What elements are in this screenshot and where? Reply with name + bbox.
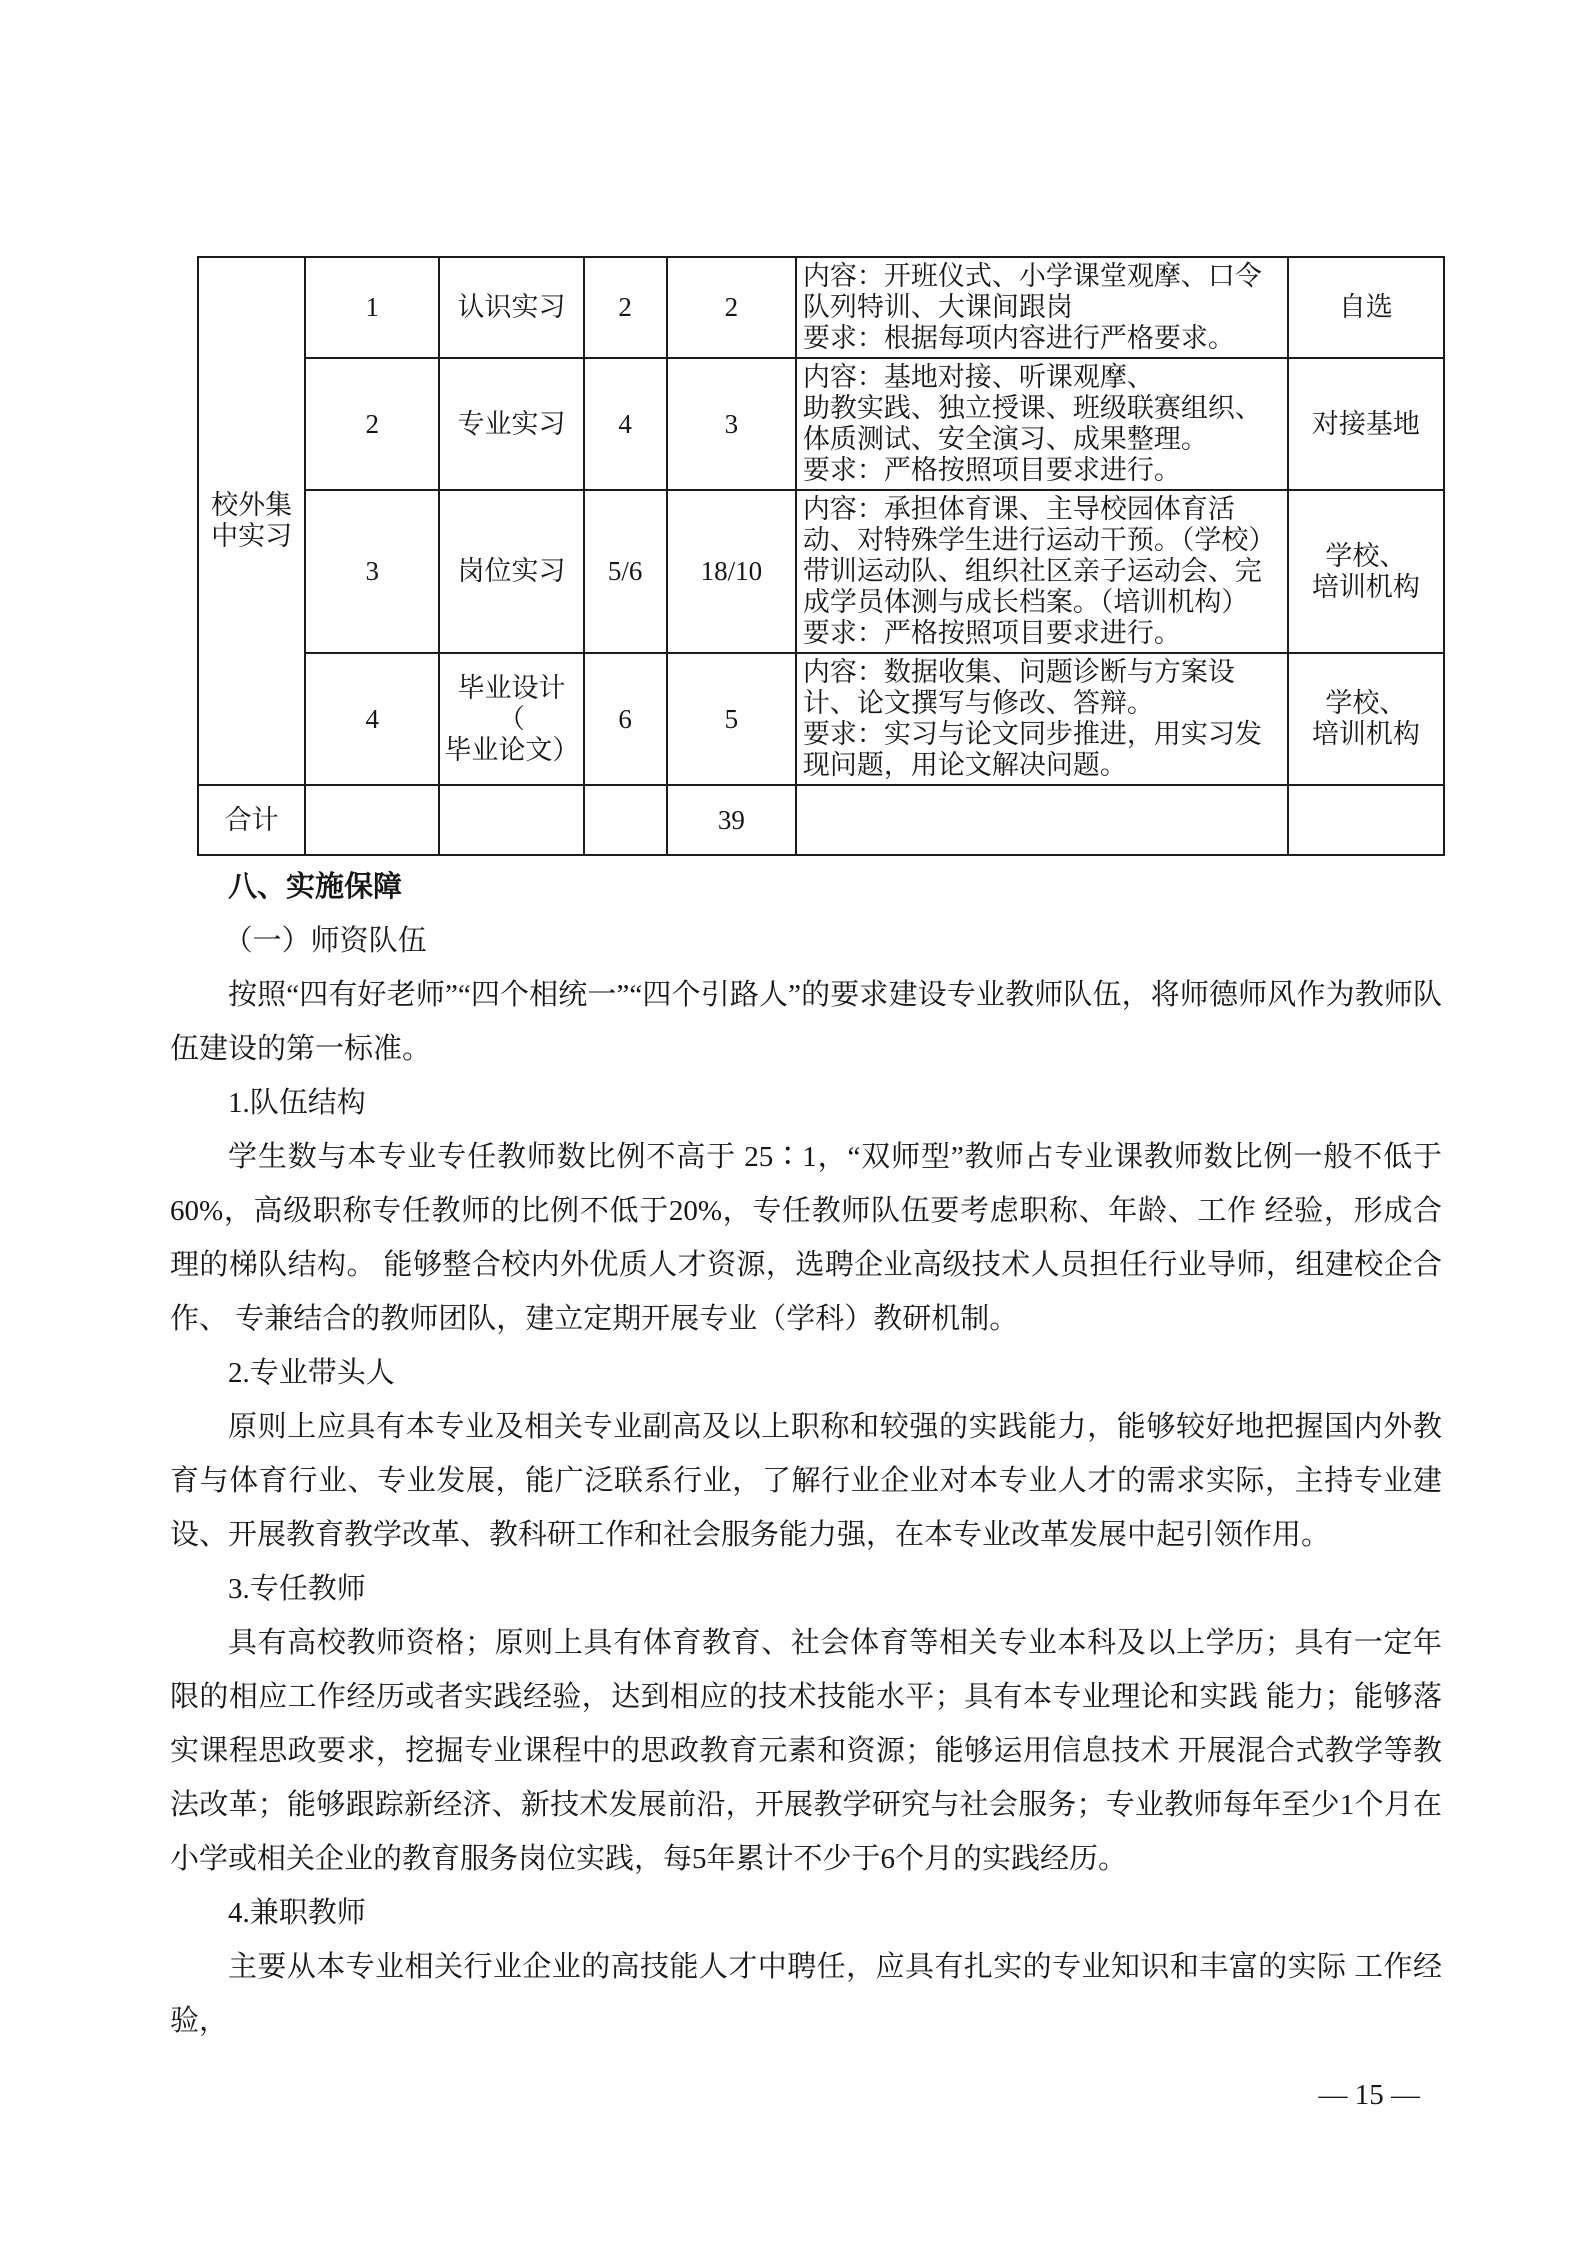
semester-cell: 6 xyxy=(584,653,667,785)
empty-cell xyxy=(439,785,583,855)
paragraph-parttime-teachers: 主要从本专业相关行业企业的高技能人才中聘任，应具有扎实的专业知识和丰富的实际 工… xyxy=(170,1940,1442,2048)
empty-cell xyxy=(584,785,667,855)
table-row: 校外集中实习 1 认识实习 2 2 内容：开班仪式、小学课堂观摩、口令队列特训、… xyxy=(198,257,1444,358)
content-requirements-cell: 内容：基地对接、听课观摩、 助教实践、独立授课、班级联赛组织、体质测试、安全演习… xyxy=(796,358,1288,490)
table-row: 4 毕业设计（ 毕业论文） 6 5 内容：数据收集、问题诊断与方案设计、论文撰写… xyxy=(198,653,1444,785)
total-label-cell: 合计 xyxy=(198,785,305,855)
weeks-cell: 5 xyxy=(667,653,796,785)
location-cell: 学校、 培训机构 xyxy=(1288,653,1444,785)
semester-cell: 4 xyxy=(584,358,667,490)
paragraph-fulltime-teachers: 具有高校教师资格；原则上具有体育教育、社会体育等相关专业本科及以上学历；具有一定… xyxy=(170,1616,1442,1886)
course-name-cell: 岗位实习 xyxy=(439,490,583,653)
content-requirements-cell: 内容：承担体育课、主导校园体育活动、对特殊学生进行运动干预。（学校） 带训运动队… xyxy=(796,490,1288,653)
course-name-cell: 毕业设计（ 毕业论文） xyxy=(439,653,583,785)
row-number-cell: 1 xyxy=(305,257,439,358)
row-number-cell: 4 xyxy=(305,653,439,785)
group-label-cell: 校外集中实习 xyxy=(198,257,305,785)
course-name-cell: 专业实习 xyxy=(439,358,583,490)
location-cell: 自选 xyxy=(1288,257,1444,358)
row-number-cell: 3 xyxy=(305,490,439,653)
location-cell: 学校、 培训机构 xyxy=(1288,490,1444,653)
heading-fulltime-teachers: 3.专任教师 xyxy=(170,1562,1442,1616)
total-weeks-cell: 39 xyxy=(667,785,796,855)
weeks-cell: 18/10 xyxy=(667,490,796,653)
page-number: — 15 — xyxy=(1319,2068,1421,2122)
heading-team-structure: 1.队伍结构 xyxy=(170,1076,1442,1130)
course-name-cell: 认识实习 xyxy=(439,257,583,358)
paragraph-team-structure: 学生数与本专业专任教师数比例不高于 25∶1，“双师型”教师占专业课教师数比例一… xyxy=(170,1130,1442,1346)
paragraph-program-leader: 原则上应具有本专业及相关专业副高及以上职称和较强的实践能力，能够较好地把握国内外… xyxy=(170,1400,1442,1562)
internship-schedule-table: 校外集中实习 1 认识实习 2 2 内容：开班仪式、小学课堂观摩、口令队列特训、… xyxy=(197,256,1445,856)
empty-cell xyxy=(796,785,1288,855)
weeks-cell: 3 xyxy=(667,358,796,490)
table-row: 3 岗位实习 5/6 18/10 内容：承担体育课、主导校园体育活动、对特殊学生… xyxy=(198,490,1444,653)
heading-program-leader: 2.专业带头人 xyxy=(170,1346,1442,1400)
table-row: 2 专业实习 4 3 内容：基地对接、听课观摩、 助教实践、独立授课、班级联赛组… xyxy=(198,358,1444,490)
weeks-cell: 2 xyxy=(667,257,796,358)
empty-cell xyxy=(305,785,439,855)
empty-cell xyxy=(1288,785,1444,855)
document-page: 校外集中实习 1 认识实习 2 2 内容：开班仪式、小学课堂观摩、口令队列特训、… xyxy=(0,0,1587,2245)
semester-cell: 2 xyxy=(584,257,667,358)
subsection-heading-faculty: （一）师资队伍 xyxy=(170,914,1442,968)
content-requirements-cell: 内容：开班仪式、小学课堂观摩、口令队列特训、大课间跟岗 要求：根据每项内容进行严… xyxy=(796,257,1288,358)
semester-cell: 5/6 xyxy=(584,490,667,653)
paragraph-faculty-intro: 按照“四有好老师”“四个相统一”“四个引路人”的要求建设专业教师队伍，将师德师风… xyxy=(170,968,1442,1076)
content-requirements-cell: 内容：数据收集、问题诊断与方案设计、论文撰写与修改、答辩。 要求：实习与论文同步… xyxy=(796,653,1288,785)
location-cell: 对接基地 xyxy=(1288,358,1444,490)
table-total-row: 合计 39 xyxy=(198,785,1444,855)
body-text: 八、实施保障 （一）师资队伍 按照“四有好老师”“四个相统一”“四个引路人”的要… xyxy=(170,860,1442,2048)
section-heading-implementation: 八、实施保障 xyxy=(170,860,1442,914)
row-number-cell: 2 xyxy=(305,358,439,490)
heading-parttime-teachers: 4.兼职教师 xyxy=(170,1886,1442,1940)
